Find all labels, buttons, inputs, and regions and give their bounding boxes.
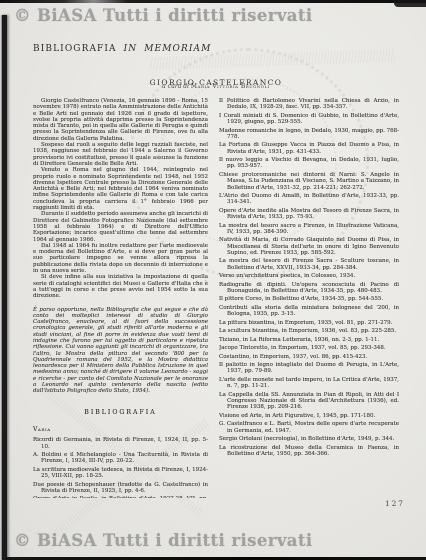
intro-paragraph: Durante il suddetto periodo assumeva anc… (33, 211, 208, 242)
bib-entry: La Cappella della SS. Annunziata in Pian… (219, 392, 399, 411)
intro-paragraph: Si deve infine alla sua iniziativa la im… (33, 274, 208, 299)
intro-paragraph: Sospeso dai ruoli a seguito delle leggi … (33, 142, 208, 167)
bib-entry: La mostra del tesoro sacro a Firenze, in… (219, 223, 399, 236)
bib-entry: Sergio Ortolani (necrologia), in Bollett… (219, 436, 399, 442)
intro-paragraph: Dal 1948 al 1964 fu inoltre redattore pe… (33, 243, 208, 274)
bib-entry: La scultura bizantina, in Emporium, 1936… (219, 328, 399, 334)
bib-entry: Verso un'architettura poetica, in Coloss… (219, 273, 399, 279)
page-number: 127 (385, 499, 405, 508)
intro-paragraphs: Giorgio Castelfranco (Venezia, 16 gennai… (33, 98, 208, 300)
bib-entry: Radiografie di dipinti. Un'opera sconosc… (219, 282, 399, 295)
byline-prefix: a cura di (162, 83, 189, 90)
scanned-page: © BiASA Tutti i diritti riservati © BiAS… (0, 0, 426, 560)
bib-entry: Costantino, in Emporium, 1937, vol. 86, … (219, 354, 399, 360)
intro-paragraph: Giorgio Castelfranco (Venezia, 16 gennai… (33, 98, 208, 142)
scan-top-right-corner (394, 0, 426, 7)
bib-entry: Natività di Maria, di Corrado Giaquinto … (219, 237, 399, 256)
bib-entry: I Corali miniati di S. Domenico di Gubbi… (219, 113, 399, 126)
series-label: BIBLIOGRAFIA (33, 44, 117, 54)
byline-name: Maria Vittoria Brugnoli (191, 83, 270, 90)
bib-entry: Il nuovo leggio a Vischio di Bevagna, in… (219, 157, 399, 170)
bib-entry: Jacopo Tintoretto, in Emporium, 1937, vo… (219, 345, 399, 351)
byline: a cura di Maria Vittoria Brugnoli (33, 83, 399, 90)
left-column: Giorgio Castelfranco (Venezia, 16 gennai… (33, 98, 208, 498)
bib-entry: La mostra del tesoro di Firenze Sacra - … (219, 258, 399, 271)
bib-entry: Il pittore Corso, in Bollettino d'Arte, … (219, 296, 399, 302)
bib-entry: Madonne romaniche in legno, in Dedalo, 1… (219, 128, 399, 141)
bib-entry: La pittura bizantina, in Emporium, 1935,… (219, 320, 399, 326)
bib-entry: Il paliotto in legno intagliato del Duom… (219, 362, 399, 375)
scan-top-edge (0, 0, 426, 3)
bib-entry: Opere d'Arte in Puglia, in Bollettino d'… (33, 496, 208, 498)
book-binding-edge (2, 15, 7, 560)
bib-entry: Opere d'Arte inedite alla Mostra del Tes… (219, 208, 399, 221)
editorial-note: È parso opportuno, nella Bibliografia ch… (33, 307, 208, 395)
watermark-bottom: © BiASA Tutti i diritti riservati (14, 531, 313, 550)
bib-entry: La Fortuna di Giuseppe Vacca in Piazza d… (219, 142, 399, 155)
bib-entry: A. Boldini e il Michelangiolo - Una Taci… (33, 452, 208, 465)
bibliography-heading: BIBLIOGRAFIA (33, 410, 208, 416)
section-heading-varia: Varia (33, 427, 208, 433)
page-header: BIBLIOGRAFIA IN MEMORIAM (33, 44, 211, 54)
right-column: Il Polittico di Bartolomeo Vivarini nell… (219, 98, 399, 530)
bib-entry: G. Castelfranco e L. Barti, Mostra delle… (219, 421, 399, 434)
intro-paragraph: Venuto a Roma nel giugno del 1944, reint… (33, 167, 208, 211)
bib-entry: Chiese protoromaniche nei dintorni di Na… (219, 172, 399, 191)
series-label-italic: IN MEMORIAM (124, 44, 212, 54)
bib-entry: Ricordi di Germania, in Rivista di Firen… (33, 437, 208, 450)
bib-entry: L'Atrio del Duomo di Amalfi, in Bolletti… (219, 193, 399, 206)
watermark-top: © BiASA Tutti i diritti riservati (14, 6, 313, 25)
bib-entry: Due poesie di Schopenhauer (tradotte da … (33, 482, 208, 495)
watermark-bottom-text: © BiASA Tutti i diritti riservati (14, 531, 313, 550)
watermark-top-text: © BiASA Tutti i diritti riservati (14, 6, 313, 25)
bib-entry: Tiziano, in La Riforma Letteraria, 1936,… (219, 337, 399, 343)
bib-entry: La ricostruzione del Museo della Ceramic… (219, 445, 399, 458)
bib-entry: L'arte delle monete nel tardo impero, in… (219, 377, 399, 390)
bib-entry: Visione ed Arte, in Arti Figurative, I, … (219, 413, 399, 419)
bibliography-entries-right: Il Polittico di Bartolomeo Vivarini nell… (219, 98, 399, 457)
bib-entry: La scrittura medioevale tedesca, in Rivi… (33, 467, 208, 480)
bibliography-entries-left: Ricordi di Germania, in Rivista di Firen… (33, 437, 208, 498)
bib-entry: Contributi alla storia della miniatura b… (219, 305, 399, 318)
bib-entry: Il Polittico di Bartolomeo Vivarini nell… (219, 98, 399, 111)
